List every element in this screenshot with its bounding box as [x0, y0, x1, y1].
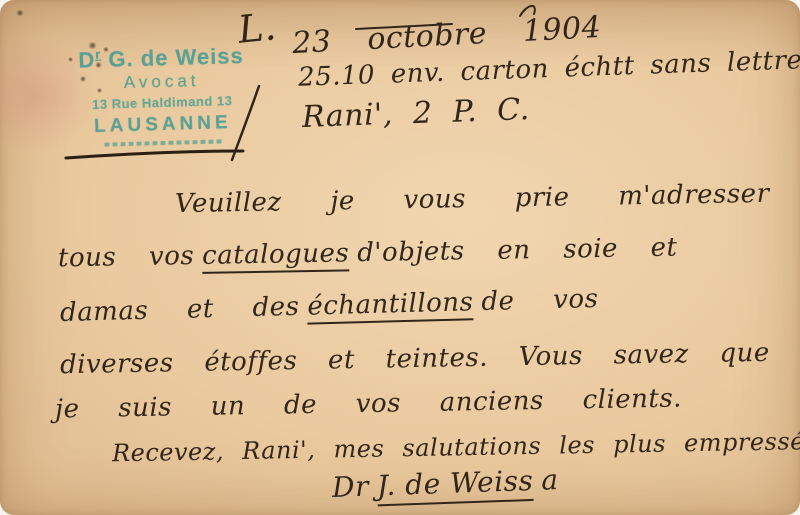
body-line-6: Recevez, Rani', mes salutations les plus… — [112, 427, 800, 468]
body-line-5: je suis un de vos anciens clients. — [55, 384, 682, 425]
stamp-underline-stroke — [66, 151, 243, 158]
rubber-stamp: Dr G. de Weiss Avocat 13 Rue Haldimand 1… — [63, 37, 262, 148]
underlined-word-echantillons: échantillons — [307, 287, 474, 324]
body-line-2-post: d'objets en soie et — [357, 233, 678, 269]
body-line-2-pre: tous vos — [58, 241, 195, 273]
underlined-word-catalogues: catalogues — [202, 238, 350, 274]
body-line-2: tous voscataloguesd'objets en soie et — [58, 233, 678, 274]
stamp-ornament-line — [104, 140, 222, 147]
handwritten-reference: Rani', 2 P. C. — [301, 92, 530, 135]
postcard-scan: Dr G. de Weiss Avocat 13 Rue Haldimand 1… — [0, 0, 800, 515]
body-line-3-pre: damas et des — [60, 292, 300, 328]
signature-prefix: Dr — [331, 470, 369, 504]
signature-line: DrJ. de Weissa — [331, 463, 559, 504]
ink-speck — [16, 10, 24, 16]
body-line-4: diverses étoffes et teintes. Vous savez … — [60, 338, 770, 380]
stamp-name: Dr G. de Weiss — [63, 37, 260, 74]
body-line-3-post: de vos — [481, 284, 599, 317]
handwritten-initial: L. — [236, 4, 279, 52]
signature-suffix: a — [541, 463, 559, 497]
body-line-1: Veuillez je vous prie m'adresser — [175, 179, 770, 219]
postcard-paper: Dr G. de Weiss Avocat 13 Rue Haldimand 1… — [0, 0, 800, 515]
signature-name: J. de Weiss — [376, 464, 534, 506]
body-line-3: damas et deséchantillonsde vos — [60, 284, 599, 328]
